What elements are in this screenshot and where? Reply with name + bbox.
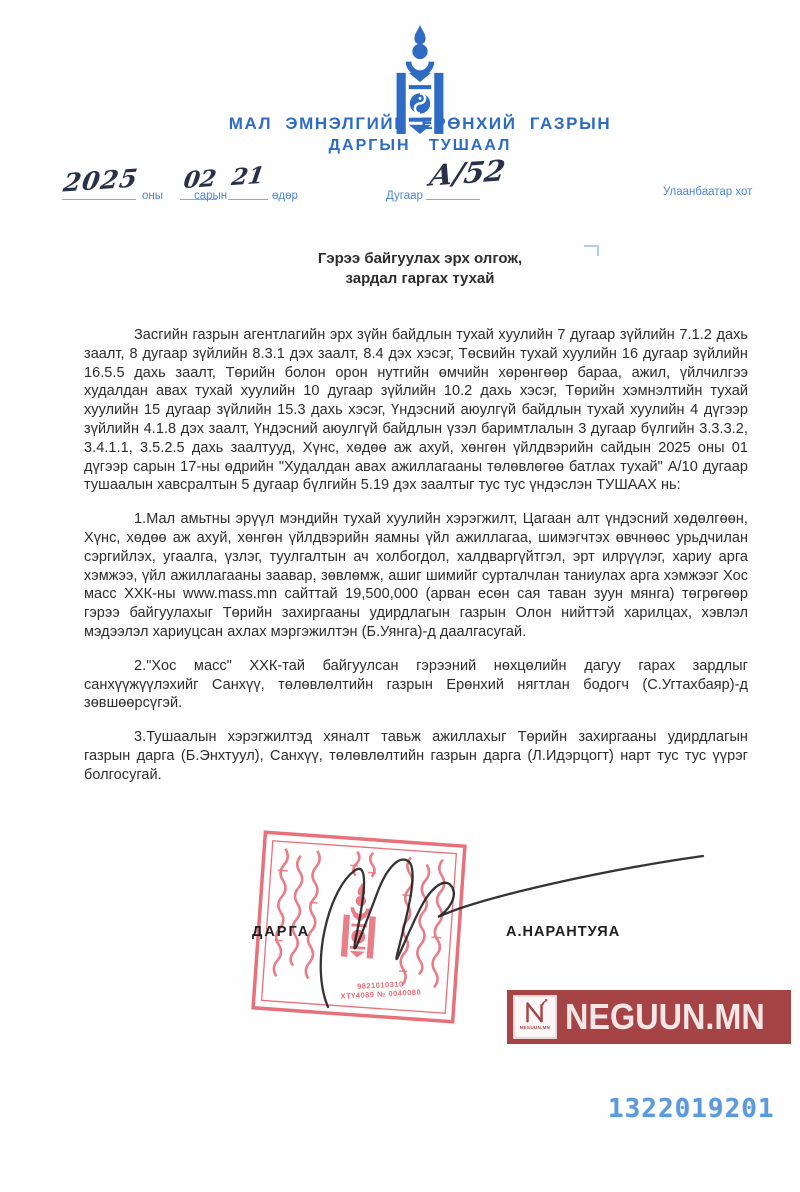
year-label: оны bbox=[142, 190, 163, 202]
signer-role-label: ДАРГА bbox=[252, 924, 310, 940]
neguun-n-icon bbox=[521, 997, 549, 1025]
clause-1: 1.Мал амьтны эрүүл мэндийн тухай хуулийн… bbox=[84, 510, 748, 642]
day-underline bbox=[228, 199, 268, 200]
org-name-line2: ДАРГЫН ТУШААЛ bbox=[30, 137, 800, 155]
city-label: Улаанбаатар хот bbox=[663, 186, 752, 198]
year-underline bbox=[62, 199, 136, 200]
scanned-order-document: МАЛ ЭМНЭЛГИЙН ЕРӨНХИЙ ГАЗРЫН ДАРГЫН ТУША… bbox=[0, 0, 800, 1192]
clause-2: 2."Хос масс" ХХК-тай байгуулсан гэрээний… bbox=[84, 657, 748, 713]
handwritten-order-number: А/52 bbox=[427, 153, 507, 192]
watermark-banner: NEGUUN.MN NEGUUN.MN bbox=[507, 990, 791, 1044]
org-title: МАЛ ЭМНЭЛГИЙН ЕРӨНХИЙ ГАЗРЫН ДАРГЫН ТУША… bbox=[30, 114, 800, 155]
neguun-logo-caption: NEGUUN.MN bbox=[520, 1025, 550, 1030]
watermark-brand-text: NEGUUN.MN bbox=[565, 996, 765, 1038]
org-name-line1: МАЛ ЭМНЭЛГИЙН ЕРӨНХИЙ ГАЗРЫН bbox=[30, 114, 800, 134]
clause-3: 3.Тушаалын хэрэгжилтэд хяналт тавьж ажил… bbox=[84, 728, 748, 784]
number-label: Дугаар bbox=[386, 190, 423, 202]
month-label: сарын bbox=[194, 190, 227, 202]
number-underline bbox=[426, 199, 480, 200]
preamble-paragraph: Засгийн газрын агентлагийн эрх зүйн байд… bbox=[84, 326, 748, 495]
corner-bracket-mark-icon bbox=[584, 245, 599, 256]
handwritten-year: 2025 bbox=[61, 163, 140, 197]
signer-name: А.НАРАНТУЯА bbox=[506, 924, 620, 940]
order-body: Засгийн газрын агентлагийн эрх зүйн байд… bbox=[84, 326, 748, 800]
order-title-line2: зардал гаргах тухай bbox=[30, 269, 800, 289]
handwritten-day: 21 bbox=[230, 162, 266, 191]
day-label: өдөр bbox=[272, 190, 298, 202]
order-title: Гэрээ байгуулах эрх олгож, зардал гаргах… bbox=[30, 249, 800, 288]
neguun-logo-box: NEGUUN.MN bbox=[513, 995, 557, 1039]
order-title-line1: Гэрээ байгуулах эрх олгож, bbox=[30, 249, 800, 269]
registry-number-stamp: 1322019201 bbox=[608, 1094, 775, 1124]
